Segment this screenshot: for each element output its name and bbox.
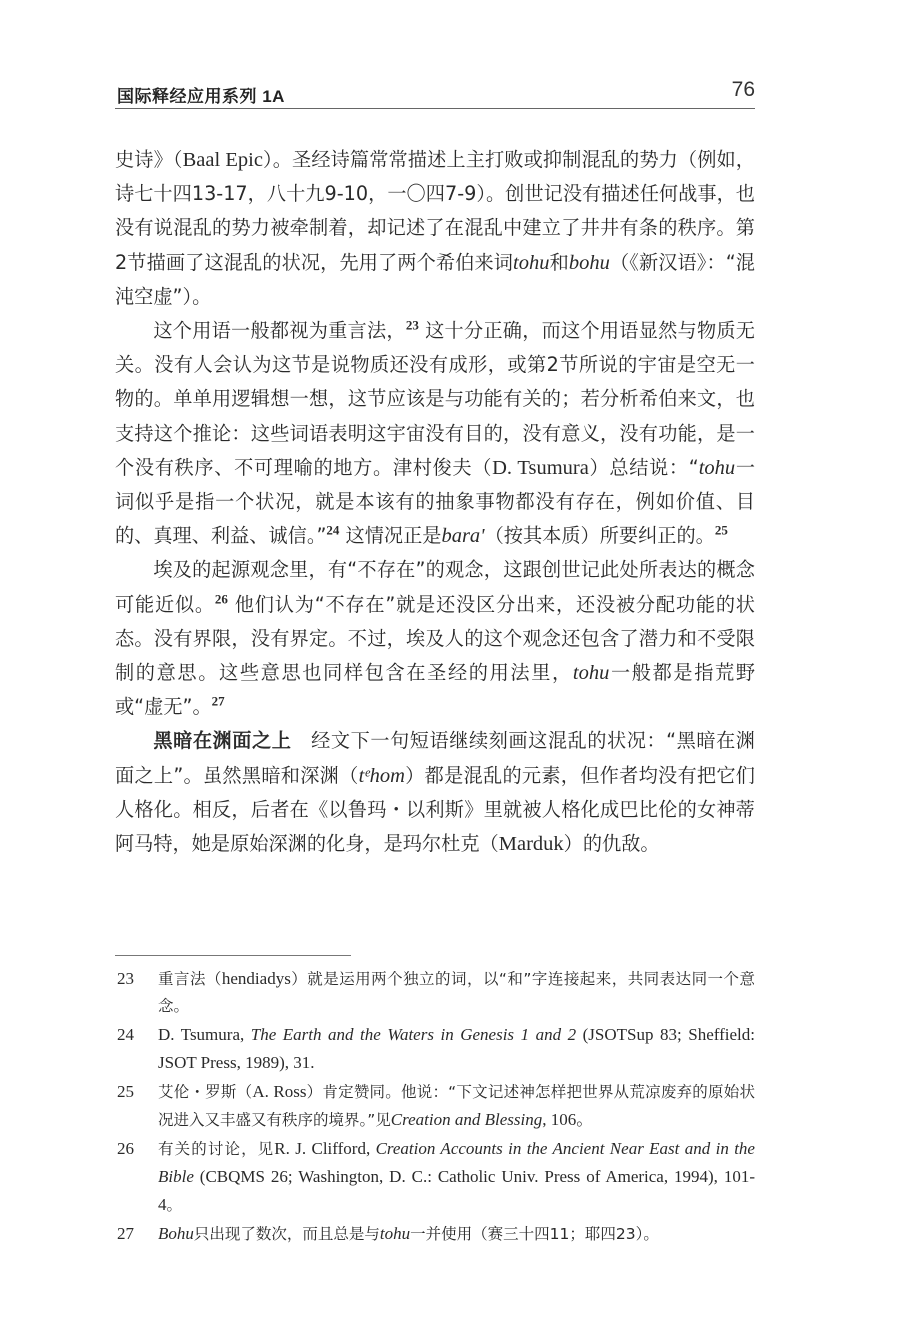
paragraph-4: 黑暗在渊面之上 经文下一句短语继续刻画这混乱的状况：“黑暗在渊面之上”。虽然黑暗…	[115, 724, 755, 861]
text-run: 这情况正是	[339, 524, 441, 547]
footnote-26: 26 有关的讨论，见R. J. Clifford, Creation Accou…	[115, 1135, 755, 1219]
book-title: The Earth and the Waters in Genesis 1 an…	[251, 1025, 576, 1044]
text-run: 艾伦・罗斯（	[158, 1083, 252, 1101]
hebrew-term: bohu	[569, 252, 610, 274]
text-run: 和	[549, 251, 568, 274]
hebrew-term: Bohu	[158, 1224, 194, 1243]
page-number: 76	[732, 78, 755, 102]
text-run: 史诗》（	[115, 148, 183, 171]
text-run: 重言法（	[158, 970, 222, 988]
hebrew-term: tohu	[699, 457, 735, 479]
text-run: ）总结说：“	[589, 456, 699, 479]
footnote-ref[interactable]: 26	[215, 591, 228, 606]
main-text: 史诗》（Baal Epic）。圣经诗篇常常描述上主打败或抑制混乱的势力（例如，诗…	[115, 143, 755, 861]
text-run: 这个用语一般都视为重言法，	[153, 319, 405, 342]
footnote-ref[interactable]: 24	[326, 523, 339, 538]
footnote-rule	[115, 955, 351, 956]
footnotes: 23 重言法（hendiadys）就是运用两个独立的词，以“和”字连接起来，共同…	[115, 965, 755, 1249]
text-run: 只出现了数次，而且总是与	[194, 1225, 380, 1243]
header-rule	[115, 108, 755, 109]
footnote-23: 23 重言法（hendiadys）就是运用两个独立的词，以“和”字连接起来，共同…	[115, 965, 755, 1020]
text-run: , 106。	[542, 1110, 593, 1129]
paragraph-3: 埃及的起源观念里，有“不存在”的观念，这跟创世记此处所表达的概念可能近似。26 …	[115, 553, 755, 724]
text-run: ）的仇敌。	[564, 832, 660, 855]
footnote-number: 27	[117, 1220, 134, 1247]
series-title: 国际释经应用系列 1A	[117, 82, 285, 107]
latin-term: Baal Epic	[183, 149, 263, 171]
latin-term: hendiadys	[222, 969, 291, 988]
run-in-heading: 黑暗在渊面之上	[153, 729, 291, 752]
text-run: 。	[167, 1196, 183, 1214]
text-run: D. Tsumura,	[158, 1025, 251, 1044]
text-run: （按其本质）所要纠正的。	[485, 524, 715, 547]
footnote-ref[interactable]: 23	[406, 318, 419, 333]
text-run: R. J. Clifford,	[274, 1139, 375, 1158]
latin-term: Marduk	[499, 833, 564, 855]
running-header: 国际释经应用系列 1A 76	[115, 80, 755, 108]
hebrew-term: tohu	[380, 1224, 410, 1243]
hebrew-term: tᵉhom	[359, 765, 405, 787]
footnote-number: 23	[117, 965, 134, 992]
footnote-number: 24	[117, 1021, 134, 1048]
footnote-27: 27 Bohu只出现了数次，而且总是与tohu一并使用（赛三十四11；耶四23）…	[115, 1220, 755, 1248]
paragraph-1: 史诗》（Baal Epic）。圣经诗篇常常描述上主打败或抑制混乱的势力（例如，诗…	[115, 143, 755, 314]
text-run: 一并使用（赛三十四11；耶四23）。	[410, 1225, 659, 1243]
hebrew-term: bara'	[441, 525, 484, 547]
paragraph-2: 这个用语一般都视为重言法，23 这十分正确，而这个用语显然与物质无关。没有人会认…	[115, 314, 755, 553]
hebrew-term: tohu	[573, 662, 609, 684]
footnote-number: 26	[117, 1135, 134, 1162]
footnote-number: 25	[117, 1078, 134, 1105]
footnote-ref[interactable]: 27	[212, 694, 225, 709]
text-run: (CBQMS 26; Washington, D. C.: Catholic U…	[158, 1167, 755, 1214]
footnote-25: 25 艾伦・罗斯（A. Ross）肯定赞同。他说：“下文记述神怎样把世界从荒凉废…	[115, 1078, 755, 1134]
book-title: Creation and Blessing	[391, 1110, 542, 1129]
footnote-24: 24 D. Tsumura, The Earth and the Waters …	[115, 1021, 755, 1077]
latin-term: A. Ross	[252, 1082, 306, 1101]
footnote-ref[interactable]: 25	[715, 523, 728, 538]
text-run: 有关的讨论，见	[158, 1140, 274, 1158]
hebrew-term: tohu	[513, 252, 549, 274]
latin-term: D. Tsumura	[492, 457, 589, 479]
